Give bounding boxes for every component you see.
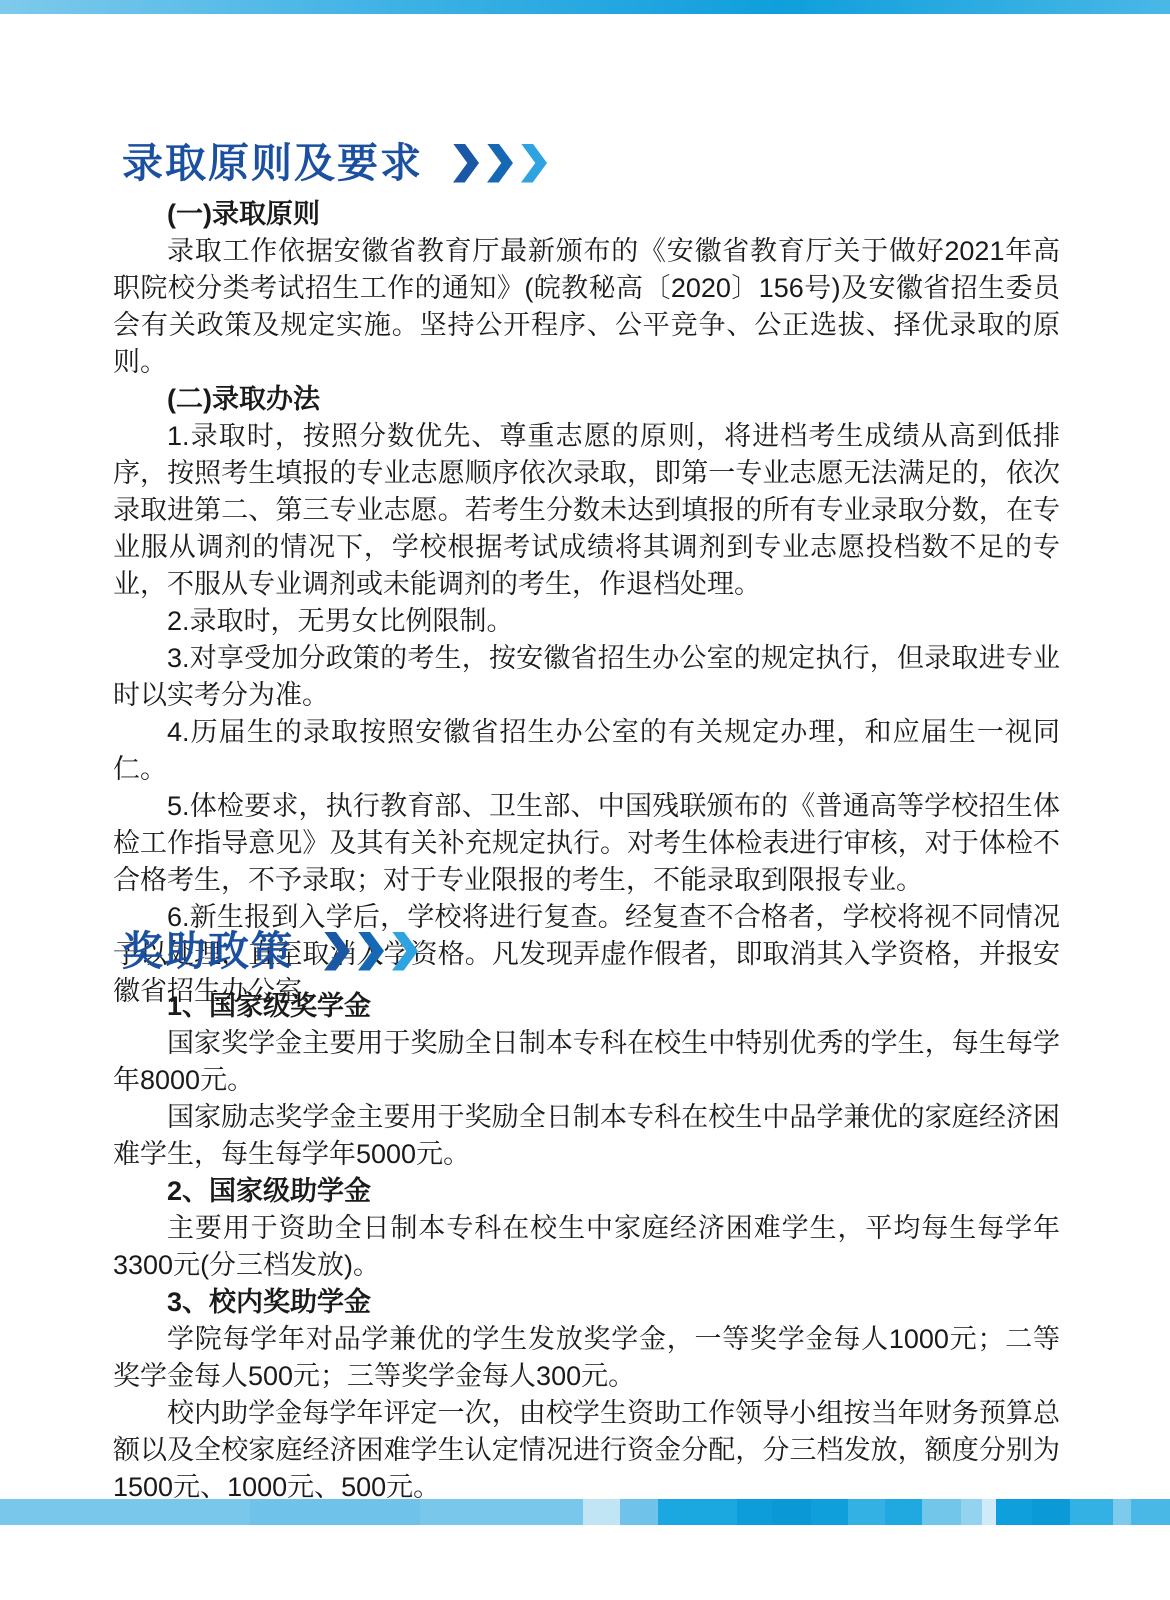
bar-segment <box>922 1499 961 1525</box>
bar-segment <box>658 1499 737 1525</box>
title-chevrons <box>453 144 547 183</box>
bar-segment <box>420 1499 583 1525</box>
sub-heading: 1、国家级奖学金 <box>113 988 1060 1025</box>
bar-segment <box>848 1499 885 1525</box>
chevron-arrow-icon <box>358 932 384 971</box>
bar-segment <box>1070 1499 1113 1525</box>
section-title-scholarship: 奖助政策 <box>122 929 418 973</box>
sub-heading: 3、校内奖助学金 <box>113 1284 1060 1321</box>
page-title: 录取原则及要求 <box>122 141 423 185</box>
paragraph: 1.录取时，按照分数优先、尊重志愿的原则，将进档考生成绩从高到低排序，按照考生填… <box>113 418 1060 603</box>
chevron-arrow-icon <box>453 144 479 183</box>
chevron-arrow-icon <box>487 144 513 183</box>
scholarship-section-body: 1、国家级奖学金国家奖学金主要用于奖励全日制本专科在校生中特别优秀的学生，每生每… <box>113 988 1060 1506</box>
bar-segment <box>982 1499 996 1525</box>
sub-heading: (一)录取原则 <box>113 196 1060 233</box>
bar-segment <box>961 1499 982 1525</box>
bar-segment <box>1131 1499 1170 1525</box>
sub-heading: (二)录取办法 <box>113 381 1060 418</box>
bar-segment <box>0 1499 250 1525</box>
bar-segment <box>811 1499 848 1525</box>
page-title: 奖助政策 <box>122 929 294 973</box>
paragraph: 学院每学年对品学兼优的学生发放奖学金，一等奖学金每人1000元；二等奖学金每人5… <box>113 1321 1060 1395</box>
bar-segment <box>996 1499 1032 1525</box>
bar-segment <box>620 1499 658 1525</box>
paragraph: 录取工作依据安徽省教育厅最新颁布的《安徽省教育厅关于做好2021年高职院校分类考… <box>113 233 1060 381</box>
sub-heading: 2、国家级助学金 <box>113 1173 1060 1210</box>
bar-segment <box>583 1499 620 1525</box>
bottom-decor-bar <box>0 1499 1170 1525</box>
top-decor-bar <box>0 0 1170 14</box>
admission-section-body: (一)录取原则录取工作依据安徽省教育厅最新颁布的《安徽省教育厅关于做好2021年… <box>113 196 1060 1010</box>
bar-segment <box>250 1499 420 1525</box>
bar-segment <box>737 1499 772 1525</box>
paragraph: 3.对享受加分政策的考生，按安徽省招生办公室的规定执行，但录取进专业时以实考分为… <box>113 640 1060 714</box>
paragraph: 5.体检要求，执行教育部、卫生部、中国残联颁布的《普通高等学校招生体检工作指导意… <box>113 788 1060 899</box>
bar-segment <box>1113 1499 1131 1525</box>
chevron-arrow-icon <box>324 932 350 971</box>
bar-segment <box>885 1499 922 1525</box>
brochure-page: 录取原则及要求 (一)录取原则录取工作依据安徽省教育厅最新颁布的《安徽省教育厅关… <box>0 0 1170 1600</box>
bar-segment <box>772 1499 811 1525</box>
title-chevrons <box>324 932 418 971</box>
paragraph: 校内助学金每学年评定一次，由校学生资助工作领导小组按当年财务预算总额以及全校家庭… <box>113 1395 1060 1506</box>
paragraph: 4.历届生的录取按照安徽省招生办公室的有关规定办理，和应届生一视同仁。 <box>113 714 1060 788</box>
paragraph: 国家励志奖学金主要用于奖励全日制本专科在校生中品学兼优的家庭经济困难学生，每生每… <box>113 1099 1060 1173</box>
paragraph: 2.录取时，无男女比例限制。 <box>113 603 1060 640</box>
paragraph: 国家奖学金主要用于奖励全日制本专科在校生中特别优秀的学生，每生每学年8000元。 <box>113 1025 1060 1099</box>
section-title-admission: 录取原则及要求 <box>122 141 547 185</box>
paragraph: 主要用于资助全日制本专科在校生中家庭经济困难学生，平均每生每学年3300元(分三… <box>113 1210 1060 1284</box>
chevron-arrow-icon <box>521 144 547 183</box>
bar-segment <box>1032 1499 1070 1525</box>
chevron-arrow-icon <box>392 932 418 971</box>
